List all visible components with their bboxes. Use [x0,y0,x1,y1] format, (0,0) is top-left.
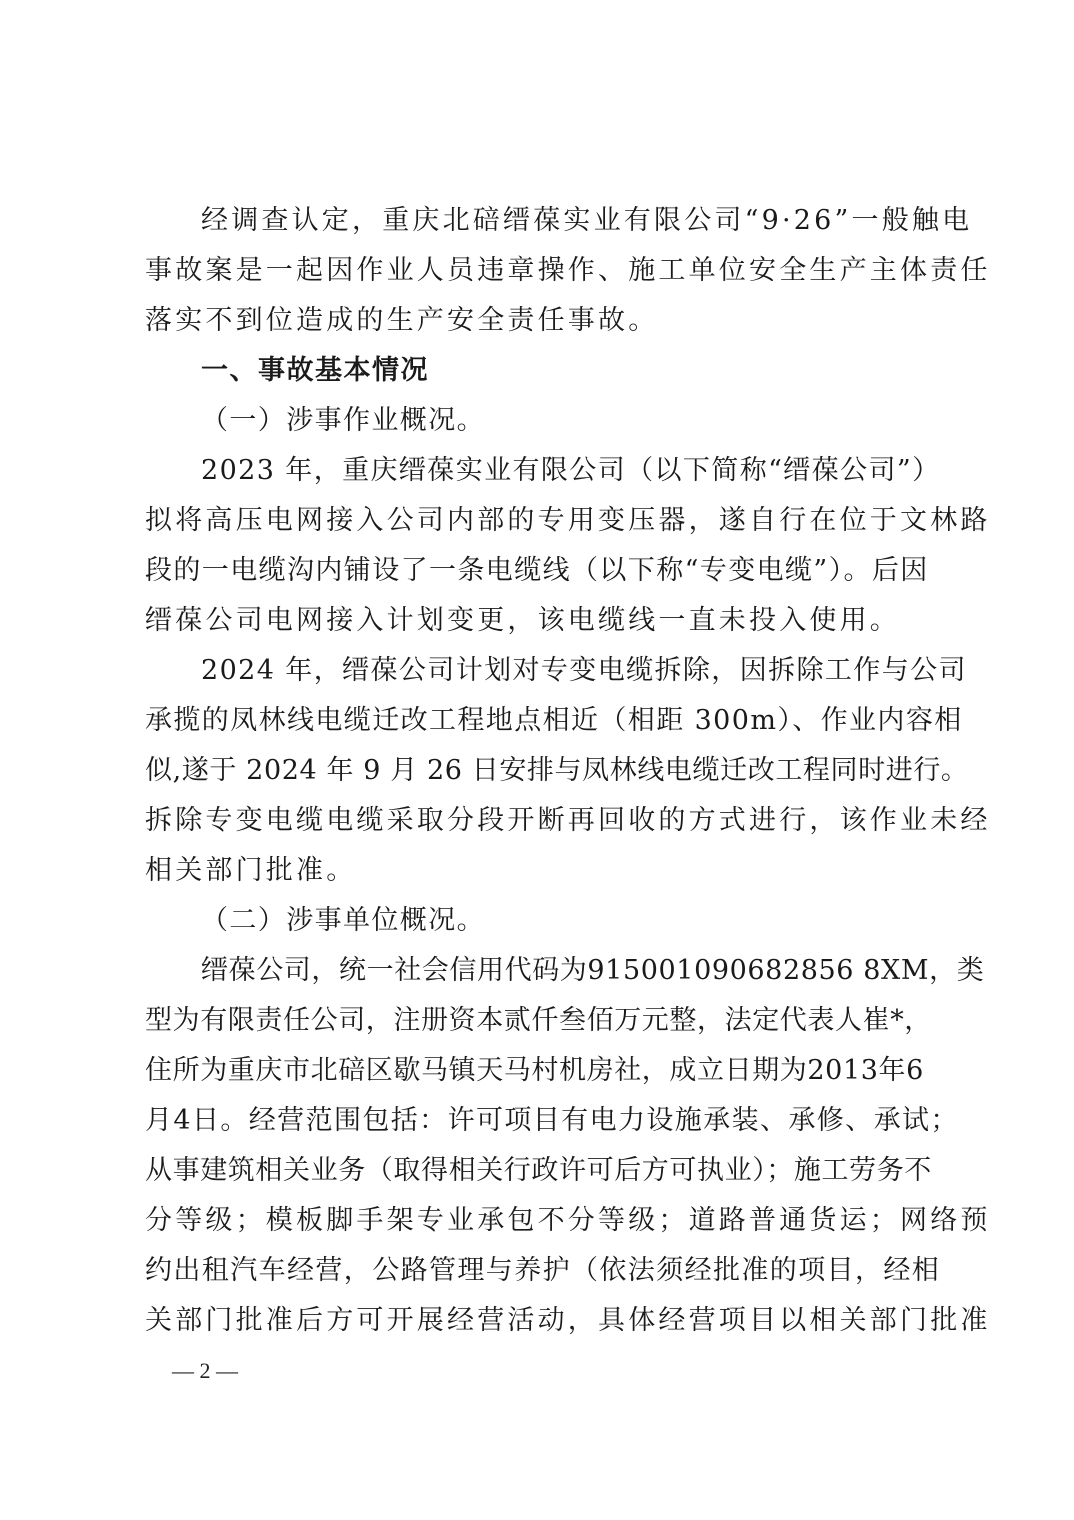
text-line: 住所为重庆市北碚区歇马镇天马村机房社，成立日期为2013年6 [145,1046,945,1096]
text-line: 2023 年，重庆缙葆实业有限公司（以下简称“缙葆公司”） [145,446,945,496]
subsection-heading-work-overview: （一）涉事作业概况。 [145,396,945,446]
paragraph-company-info: 缙葆公司，统一社会信用代码为915001090682856 8XM，类 型为有限… [145,946,945,1346]
text-line: 约出租汽车经营，公路管理与养护（依法须经批准的项目，经相 [145,1246,945,1296]
paragraph-2023: 2023 年，重庆缙葆实业有限公司（以下简称“缙葆公司”） 拟将高压电网接入公司… [145,446,945,646]
text-line: 似,遂于 2024 年 9 月 26 日安排与凤林线电缆迁改工程同时进行。 [145,746,945,796]
text-line: 月4日。经营范围包括：许可项目有电力设施承装、承修、承试； [145,1096,945,1146]
text-line: 落实不到位造成的生产安全责任事故。 [145,296,945,346]
text-line: 拆除专变电缆电缆采取分段开断再回收的方式进行，该作业未经 [145,796,945,846]
text-line: 事故案是一起因作业人员违章操作、施工单位安全生产主体责任 [145,246,945,296]
section-heading-basic-info: 一、事故基本情况 [145,346,945,396]
text-line: 分等级；模板脚手架专业承包不分等级；道路普通货运；网络预 [145,1196,945,1246]
text-line: 从事建筑相关业务（取得相关行政许可后方可执业）；施工劳务不 [145,1146,945,1196]
text-line: 承揽的凤林线电缆迁改工程地点相近（相距 300m）、作业内容相 [145,696,945,746]
text-line: 关部门批准后方可开展经营活动，具体经营项目以相关部门批准 [145,1296,945,1346]
text-line: 2024 年，缙葆公司计划对专变电缆拆除，因拆除工作与公司 [145,646,945,696]
text-line: 缙葆公司，统一社会信用代码为915001090682856 8XM，类 [145,946,945,996]
text-line: 段的一电缆沟内铺设了一条电缆线（以下称“专变电缆”）。后因 [145,546,945,596]
subsection-heading-unit-overview: （二）涉事单位概况。 [145,896,945,946]
paragraph-conclusion: 经调查认定，重庆北碚缙葆实业有限公司“9·26”一般触电 事故案是一起因作业人员… [145,196,945,346]
text-line: 缙葆公司电网接入计划变更，该电缆线一直未投入使用。 [145,596,945,646]
page-number: — 2 — [172,1358,238,1384]
text-line: 经调查认定，重庆北碚缙葆实业有限公司“9·26”一般触电 [145,196,945,246]
paragraph-2024: 2024 年，缙葆公司计划对专变电缆拆除，因拆除工作与公司 承揽的凤林线电缆迁改… [145,646,945,896]
text-line: 型为有限责任公司，注册资本贰仟叁佰万元整，法定代表人崔*， [145,996,945,1046]
text-line: 相关部门批准。 [145,846,945,896]
document-page: 经调查认定，重庆北碚缙葆实业有限公司“9·26”一般触电 事故案是一起因作业人员… [145,196,945,1346]
text-line: 拟将高压电网接入公司内部的专用变压器，遂自行在位于文林路 [145,496,945,546]
